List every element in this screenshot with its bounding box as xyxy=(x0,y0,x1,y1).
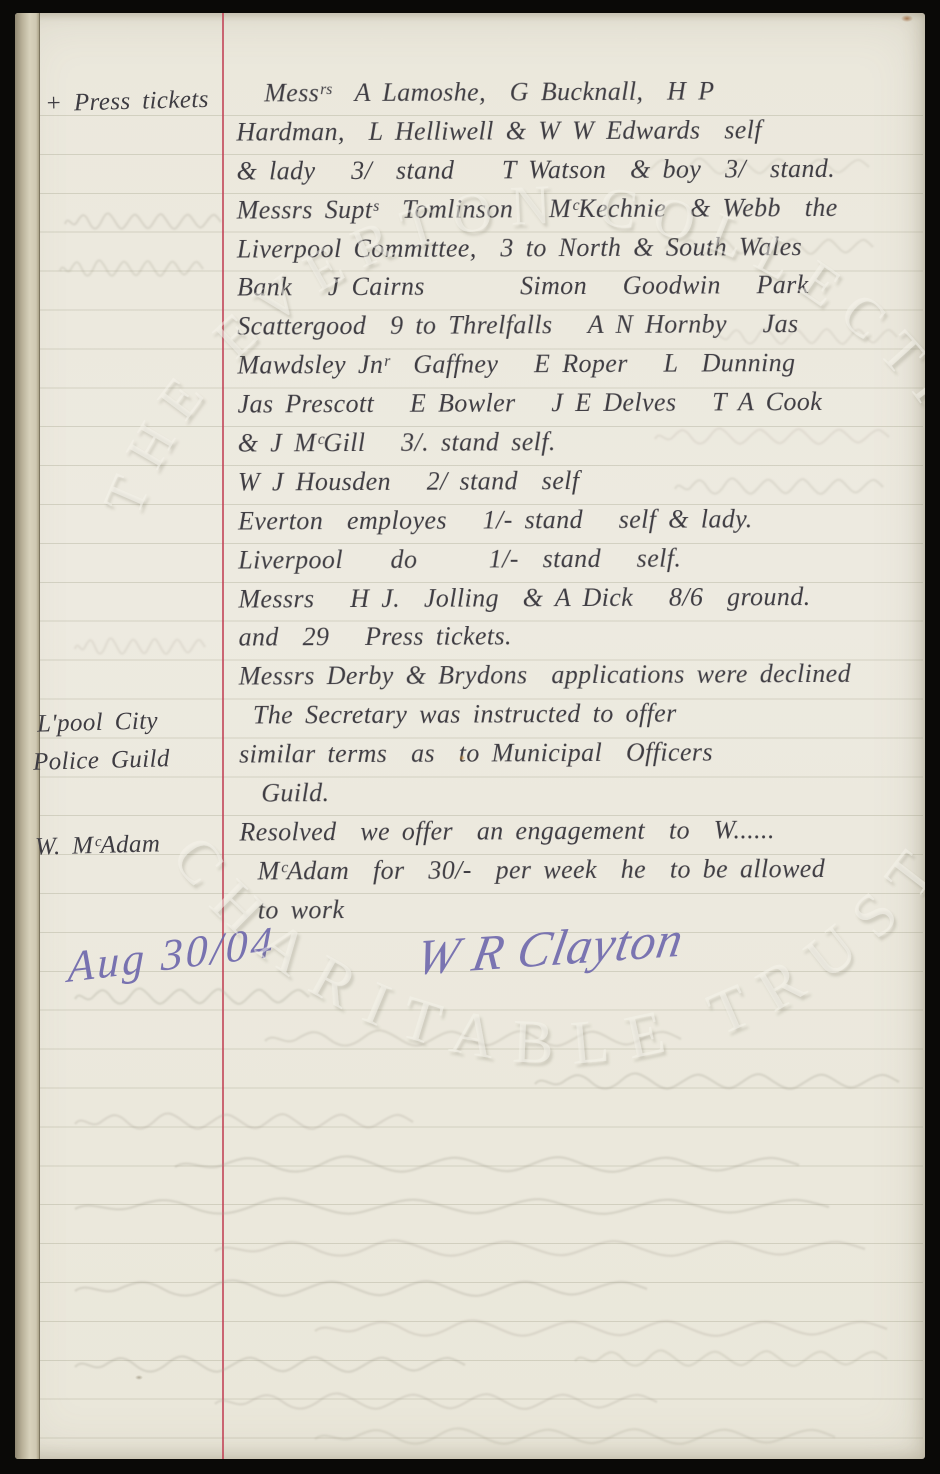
age-spot xyxy=(135,1375,143,1380)
manuscript-line: Bank J Cairns Simon Goodwin Park xyxy=(237,266,924,308)
margin-note-press-tickets: + Press tickets xyxy=(45,85,210,119)
manuscript-line: Hardman, L Helliwell & W W Edwards self xyxy=(236,110,923,152)
manuscript-line: Messʳˢ A Lamoshe, G Bucknall, H P xyxy=(236,72,923,114)
manuscript-line: Everton employes 1/- stand self & lady. xyxy=(238,499,925,541)
age-spot xyxy=(459,755,465,761)
manuscript-line: The Secretary was instructed to offer xyxy=(239,694,926,736)
margin-note-lpool-city: L'pool City xyxy=(37,706,159,739)
manuscript-line: and 29 Press tickets. xyxy=(239,616,926,658)
manuscript-line: & J MᶜGill 3/. stand self. xyxy=(238,422,925,464)
manuscript-line: similar terms as to Municipal Officers xyxy=(239,733,926,775)
manuscript-line: Messrs Derby & Brydons applications were… xyxy=(239,655,926,697)
margin-note-mcadam: W. MᶜAdam xyxy=(35,829,161,862)
manuscript-line: Liverpool do 1/- stand self. xyxy=(238,538,925,580)
manuscript-line: Resolved we offer an engagement to W....… xyxy=(239,810,926,852)
manuscript-line: MᶜAdam for 30/- per week he to be allowe… xyxy=(240,849,927,891)
ledger-page: + Press tickets L'pool City Police Guild… xyxy=(15,13,925,1459)
page-binding-edge xyxy=(15,13,40,1459)
margin-note-police-guild: Police Guild xyxy=(33,744,171,778)
minutes-body: Messʳˢ A Lamoshe, G Bucknall, H P Hardma… xyxy=(236,72,927,931)
manuscript-line: Messrs H J. Jolling & A Dick 8/6 ground. xyxy=(238,577,925,619)
manuscript-line: Jas Prescott E Bowler J E Delves T A Coo… xyxy=(237,383,924,425)
manuscript-line: Messrs Suptˢ Tomlinson MᶜKechnie & Webb … xyxy=(237,188,924,230)
manuscript-line: Liverpool Committee, 3 to North & South … xyxy=(237,227,924,269)
manuscript-line: & lady 3/ stand T Watson & boy 3/ stand. xyxy=(236,149,923,191)
manuscript-line: W J Housden 2/ stand self xyxy=(238,460,925,502)
scanned-minute-book-page: + Press tickets L'pool City Police Guild… xyxy=(0,0,940,1474)
manuscript-line: Mawdsley Jnʳ Gaffney E Roper L Dunning xyxy=(237,344,924,386)
red-margin-rule xyxy=(222,13,224,1459)
manuscript-line: Scattergood 9 to Threlfalls A N Hornby J… xyxy=(237,305,924,347)
manuscript-line: Guild. xyxy=(239,772,926,814)
age-spot xyxy=(901,15,913,22)
